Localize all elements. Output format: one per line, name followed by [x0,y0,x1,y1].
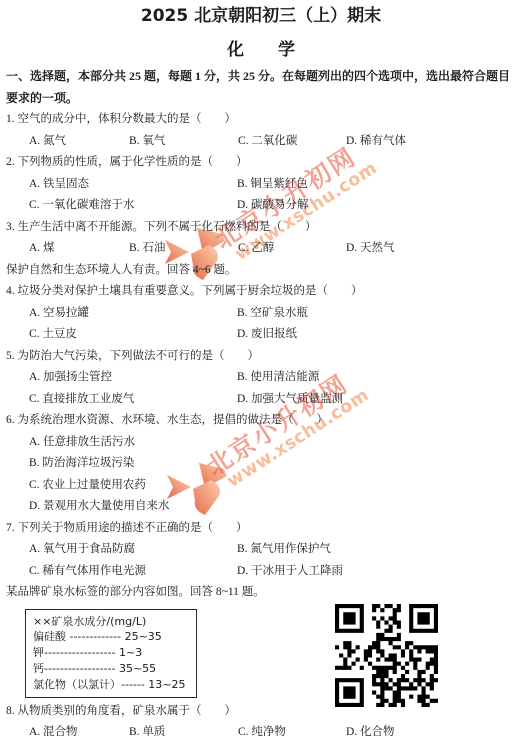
question-5-text: 5. 为防治大气污染，下列做法不可行的是（ ） [0,346,522,368]
question-5-options-row-1: A. 加强扬尘管控 B. 使用清洁能源 [0,367,522,389]
option-b: B. 铜呈紫红色 [237,174,308,196]
label-row-potassium: 钾------------------ 1~3 [33,645,189,661]
question-6-option-c: C. 农业上过量使用农药 [0,475,522,497]
option-d: D. 废旧报纸 [237,324,297,346]
question-1-text: 1. 空气的成分中，体积分数最大的是（ ） [0,109,522,131]
option-a: A. 煤 [29,238,129,260]
option-b: B. 空矿泉水瓶 [237,303,308,325]
option-a: A. 氧气用于食品防腐 [29,539,237,561]
option-a: A. 空易拉罐 [29,303,237,325]
option-b: B. 使用清洁能源 [237,367,319,389]
option-c: C. 直接排放工业废气 [29,389,237,411]
option-d: D. 化合物 [346,722,395,736]
question-7-text: 7. 下列关于物质用途的描述不正确的是（ ） [0,518,522,540]
option-b: B. 氮气用作保护气 [237,539,331,561]
option-c: C. 一氧化碳难溶于水 [29,195,237,217]
option-c: C. 纯净物 [238,722,346,736]
option-c: C. 稀有气体用作电光源 [29,561,237,583]
question-2-options-row-2: C. 一氧化碳难溶于水 D. 碳酸易分解 [0,195,522,217]
label-row-calcium: 钙------------------ 35~55 [33,661,189,677]
option-d: D. 加强大气质量监测 [237,389,343,411]
option-b: B. 石油 [129,238,238,260]
question-6-option-a: A. 任意排放生活污水 [0,432,522,454]
label-row-metasilicic-acid: 偏硅酸 ------------- 25~35 [33,629,189,645]
question-6-text: 6. 为系统治理水资源、水环境、水生态，提倡的做法是（ ） [0,410,522,432]
section-heading: 一、选择题，本部分共 25 题，每题 1 分，共 25 分。在每题列出的四个选项… [0,66,522,109]
passage-intro-4-6: 保护自然和生态环境人人有责。回答 4~6 题。 [0,260,522,282]
question-1-options: A. 氮气 B. 氧气 C. 二氧化碳 D. 稀有气体 [0,131,522,153]
label-row-chloride: 氯化物（以氯计）------ 13~25 [33,677,189,693]
question-4-text: 4. 垃圾分类对保护土壤具有重要意义。下列属于厨余垃圾的是（ ） [0,281,522,303]
qr-code-image [335,604,438,707]
figure-row: ××矿泉水成分/(mg/L) 偏硅酸 ------------- 25~35 钾… [0,604,522,701]
subject-title: 化 学 [0,28,522,62]
option-a: A. 铁呈固态 [29,174,237,196]
option-d: D. 干冰用于人工降雨 [237,561,343,583]
question-6-option-b: B. 防治海洋垃圾污染 [0,453,522,475]
question-6-option-d: D. 景观用水大量使用自来水 [0,496,522,518]
option-d: D. 天然气 [346,238,395,260]
page-title: 2025 北京朝阳初三（上）期末 [0,0,522,28]
label-title: ××矿泉水成分/(mg/L) [33,614,189,630]
option-c: C. 乙醇 [238,238,346,260]
passage-intro-8-11: 某品牌矿泉水标签的部分内容如图。回答 8~11 题。 [0,582,522,604]
option-c: C. 土豆皮 [29,324,237,346]
exam-page: 北京小升初网 www.xschu.com 北京小升初网 www.xschu.co… [0,0,522,736]
question-4-options-row-2: C. 土豆皮 D. 废旧报纸 [0,324,522,346]
question-8-options: A. 混合物 B. 单质 C. 纯净物 D. 化合物 [0,722,522,736]
question-3-text: 3. 生产生活中离不开能源。下列不属于化石燃料的是（ ） [0,217,522,239]
qr-code [335,604,438,707]
question-3-options: A. 煤 B. 石油 C. 乙醇 D. 天然气 [0,238,522,260]
option-a: A. 氮气 [29,131,129,153]
option-c: C. 二氧化碳 [238,131,346,153]
option-b: B. 氧气 [129,131,238,153]
option-d: D. 稀有气体 [346,131,406,153]
option-a: A. 加强扬尘管控 [29,367,237,389]
option-a: A. 混合物 [29,722,129,736]
question-4-options-row-1: A. 空易拉罐 B. 空矿泉水瓶 [0,303,522,325]
question-8-text: 8. 从物质类别的角度看，矿泉水属于（ ） [0,701,522,723]
option-d: D. 碳酸易分解 [237,195,309,217]
exam-content: 2025 北京朝阳初三（上）期末 化 学 一、选择题，本部分共 25 题，每题 … [0,0,522,736]
option-b: B. 单质 [129,722,238,736]
mineral-water-label: ××矿泉水成分/(mg/L) 偏硅酸 ------------- 25~35 钾… [25,609,197,699]
question-7-options-row-2: C. 稀有气体用作电光源 D. 干冰用于人工降雨 [0,561,522,583]
question-2-text: 2. 下列物质的性质，属于化学性质的是（ ） [0,152,522,174]
question-5-options-row-2: C. 直接排放工业废气 D. 加强大气质量监测 [0,389,522,411]
question-2-options-row-1: A. 铁呈固态 B. 铜呈紫红色 [0,174,522,196]
question-7-options-row-1: A. 氧气用于食品防腐 B. 氮气用作保护气 [0,539,522,561]
